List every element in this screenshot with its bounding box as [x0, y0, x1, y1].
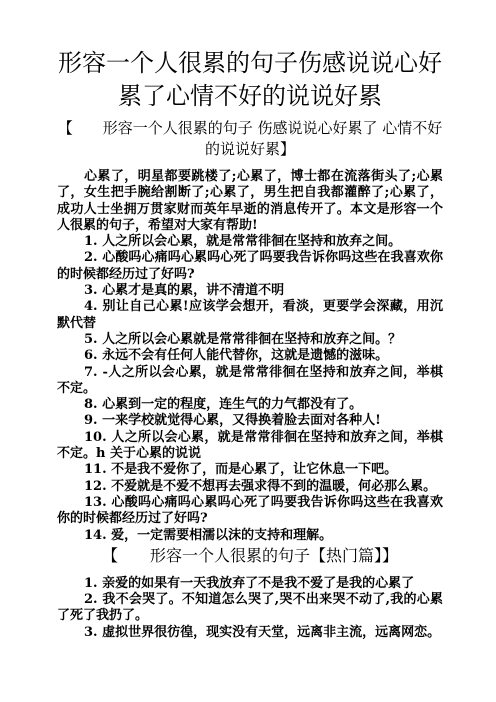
document-subtitle: 【 形容一个人很累的句子 伤感说说心好累了 心情不好的说说好累】	[57, 118, 443, 160]
list1-item-13: 13. 心酸吗心痛吗心累吗心死了吗要我告诉你吗这些在我喜欢你的时候都经历过了好吗…	[57, 495, 443, 528]
list1-item-9: 9. 一来学校就觉得心累，又得换着脸去面对各种人!	[57, 413, 443, 429]
document-body: 心累了，明星都要跳楼了;心累了，博士都在流落街头了;心累了，女生把手腕给割断了;…	[57, 169, 443, 641]
list1-item-3: 3. 心累才是真的累，讲不清道不明	[57, 283, 443, 299]
list2-item-2: 2. 我不会哭了。不知道怎么哭了,哭不出来哭不动了,我的心累了死了我扔了。	[57, 592, 443, 625]
page-title: 形容一个人很累的句子伤感说说心好累了心情不好的说说好累	[57, 47, 443, 113]
list1-item-6: 6. 永远不会有任何人能代替你，这就是遗憾的滋味。	[57, 348, 443, 364]
section-heading-hot: 【 形容一个人很累的句子【热门篇】】	[57, 546, 443, 566]
list1-item-14: 14. 爱，一定需要相濡以沫的支持和理解。	[57, 528, 443, 544]
list1-item-2: 2. 心酸吗心痛吗心累吗心死了吗要我告诉你吗这些在我喜欢你的时候都经历过了好吗?	[57, 250, 443, 283]
list1-item-5: 5. 人之所以会心累就是常常徘徊在坚持和放弃之间。？	[57, 332, 443, 348]
intro-paragraph: 心累了，明星都要跳楼了;心累了，博士都在流落街头了;心累了，女生把手腕给割断了;…	[57, 169, 443, 234]
list1-item-4: 4. 别让自己心累!应该学会想开，看淡，更要学会深藏，用沉默代替	[57, 299, 443, 332]
list1-item-7: 7. -人之所以会心累，就是常常徘徊在坚持和放弃之间，举棋不定。	[57, 365, 443, 398]
list1-item-1: 1. 人之所以会心累，就是常常徘徊在坚持和放弃之间。	[57, 234, 443, 250]
list1-item-11: 11. 不是我不爱你了，而是心累了，让它休息一下吧。	[57, 462, 443, 478]
list2-item-3: 3. 虚拟世界很彷徨，现实没有天堂，远离非主流，远离网恋。	[57, 625, 443, 641]
document-page: 形容一个人很累的句子伤感说说心好累了心情不好的说说好累 【 形容一个人很累的句子…	[0, 0, 496, 702]
list1-item-10: 10. 人之所以会心累，就是常常徘徊在坚持和放弃之间，举棋不定。h 关于心累的说…	[57, 430, 443, 463]
list2-item-1: 1. 亲爱的如果有一天我放弃了不是我不爱了是我的心累了	[57, 576, 443, 592]
list1-item-12: 12. 不爱就是不爱不想再去强求得不到的温暖，何必那么累。	[57, 479, 443, 495]
list1-item-8: 8. 心累到一定的程度，连生气的力气都没有了。	[57, 397, 443, 413]
